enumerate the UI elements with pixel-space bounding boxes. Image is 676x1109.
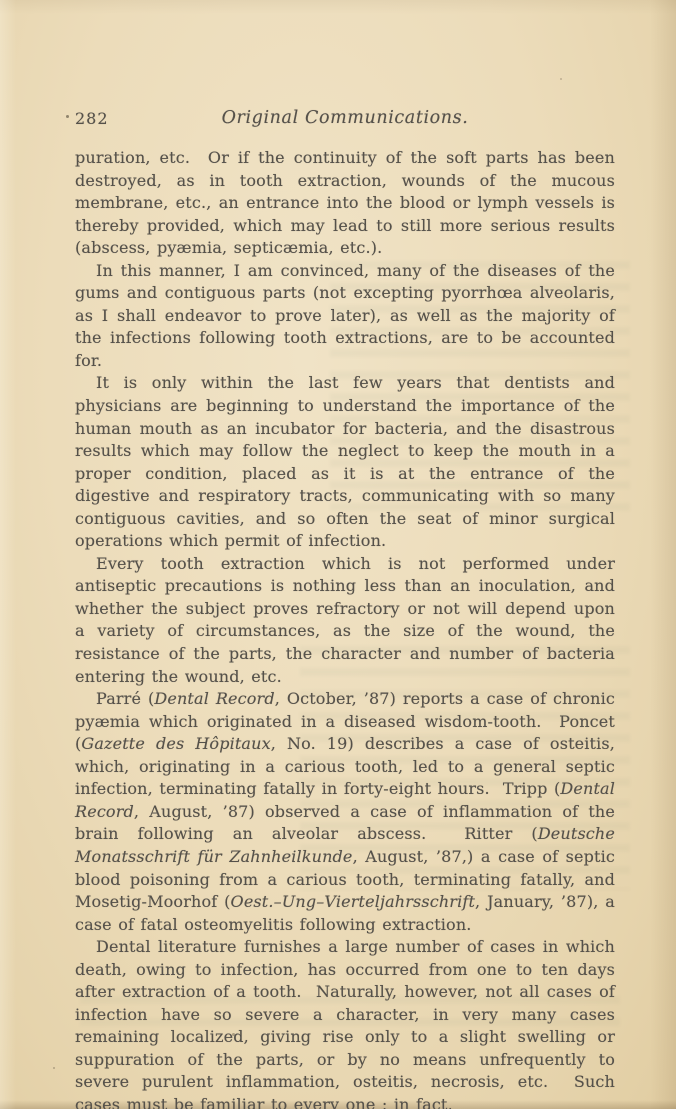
scanned-book-page: 282 Original Communications. puration, e… [0, 0, 676, 1109]
text-run: Dental literature furnishes a large numb… [75, 937, 615, 1109]
paper-speck [66, 115, 69, 118]
paragraph: Every tooth extraction which is not perf… [75, 553, 615, 688]
paper-speck [53, 1067, 55, 1069]
paper-speck [560, 78, 562, 80]
paragraph: In this manner, I am convinced, many of … [75, 260, 615, 373]
text-run: In this manner, I am convinced, many of … [75, 261, 615, 370]
running-head: 282 Original Communications. [75, 108, 615, 132]
journal-title: Dental Record [154, 689, 274, 708]
text-run: It is only within the last few years tha… [75, 373, 615, 550]
text-run: puration, etc. Or if the continuity of t… [75, 148, 615, 257]
journal-title: Gazette des Hôpitaux [81, 734, 270, 753]
text-run: , August, ’87) observed a case of inflam… [75, 802, 615, 844]
text-run: Parré ( [96, 689, 154, 708]
text-run: Every tooth extraction which is not perf… [75, 554, 615, 686]
paragraph: It is only within the last few years tha… [75, 372, 615, 552]
text-block: 282 Original Communications. puration, e… [75, 108, 615, 1109]
running-title: Original Communications. [75, 108, 615, 128]
paragraph: Parré (Dental Record, October, ’87) repo… [75, 688, 615, 936]
page-body: puration, etc. Or if the continuity of t… [75, 147, 615, 1109]
paragraph: puration, etc. Or if the continuity of t… [75, 147, 615, 260]
paragraph: Dental literature furnishes a large numb… [75, 936, 615, 1109]
journal-title: Oest.–Ung–Vierteljahrsschrift [231, 892, 475, 911]
